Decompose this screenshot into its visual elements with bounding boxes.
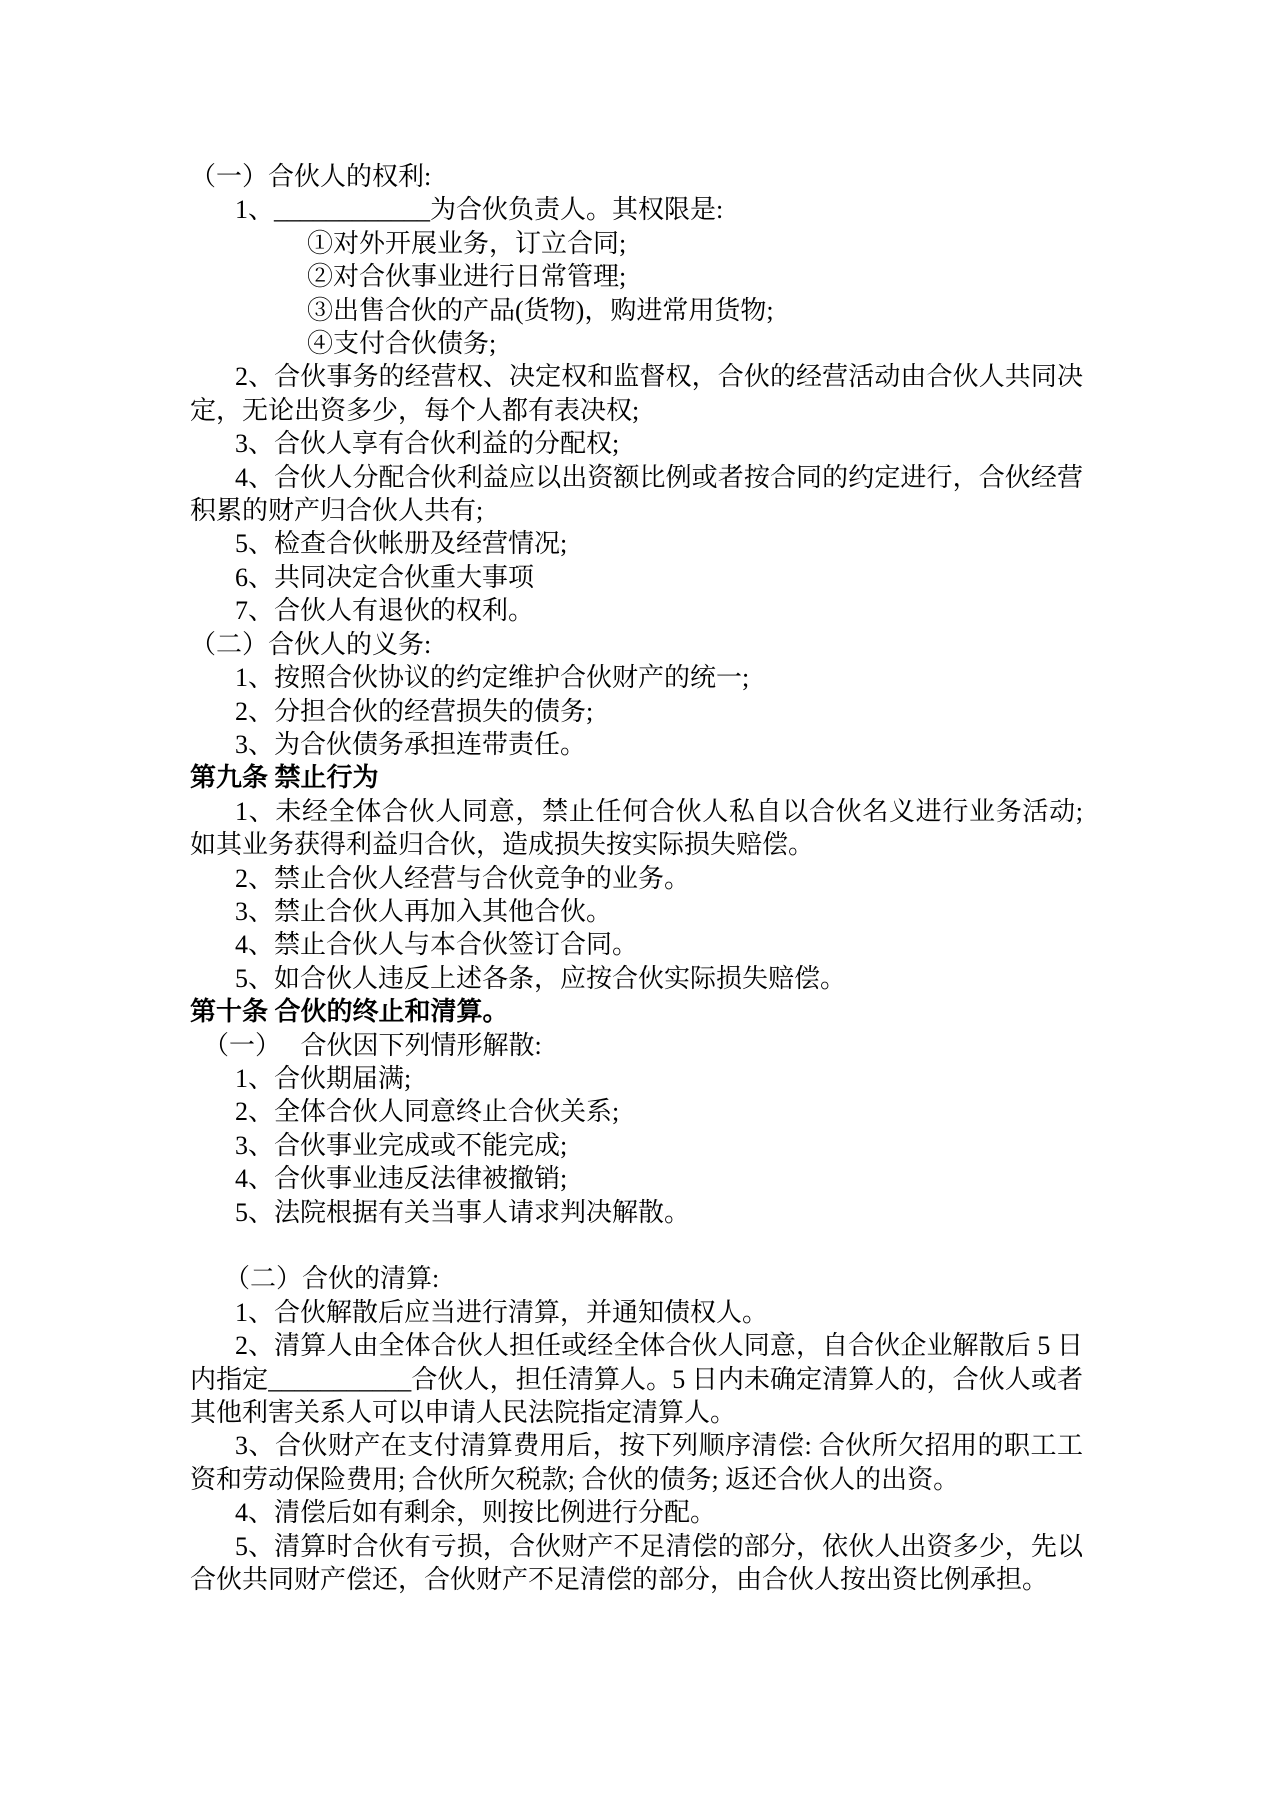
numbered-item: 5、法院根据有关当事人请求判决解散。 bbox=[190, 1196, 1083, 1229]
document-content: （一）合伙人的权利:1、____________为合伙负责人。其权限是:①对外开… bbox=[190, 160, 1083, 1596]
sub-section-heading-2: （二）合伙的清算: bbox=[190, 1262, 1083, 1295]
numbered-item: 4、合伙人分配合伙利益应以出资额比例或者按合同的约定进行，合伙经营积累的财产归合… bbox=[190, 461, 1083, 528]
circled-item: ③出售合伙的产品(货物)，购进常用货物; bbox=[190, 294, 1083, 327]
numbered-item: 6、共同决定合伙重大事项 bbox=[190, 561, 1083, 594]
numbered-item: 3、禁止合伙人再加入其他合伙。 bbox=[190, 895, 1083, 928]
circled-item: ②对合伙事业进行日常管理; bbox=[190, 260, 1083, 293]
numbered-item: 3、合伙事业完成或不能完成; bbox=[190, 1129, 1083, 1162]
numbered-item: 5、清算时合伙有亏损，合伙财产不足清偿的部分，依伙人出资多少，先以合伙共同财产偿… bbox=[190, 1530, 1083, 1597]
numbered-item: 2、清算人由全体合伙人担任或经全体合伙人同意，自合伙企业解散后 5 日内指定__… bbox=[190, 1329, 1083, 1429]
numbered-item: 1、____________为合伙负责人。其权限是: bbox=[190, 193, 1083, 226]
numbered-item: 4、禁止合伙人与本合伙签订合同。 bbox=[190, 928, 1083, 961]
numbered-item: 2、分担合伙的经营损失的债务; bbox=[190, 695, 1083, 728]
numbered-item: 3、合伙人享有合伙利益的分配权; bbox=[190, 427, 1083, 460]
numbered-item: 4、合伙事业违反法律被撤销; bbox=[190, 1162, 1083, 1195]
numbered-item: 5、检查合伙帐册及经营情况; bbox=[190, 527, 1083, 560]
circled-item: ④支付合伙债务; bbox=[190, 327, 1083, 360]
numbered-item: 3、为合伙债务承担连带责任。 bbox=[190, 728, 1083, 761]
numbered-item: 5、如合伙人违反上述各条，应按合伙实际损失赔偿。 bbox=[190, 962, 1083, 995]
numbered-item: 2、禁止合伙人经营与合伙竞争的业务。 bbox=[190, 862, 1083, 895]
sub-section-heading: （一） 合伙因下列情形解散: bbox=[190, 1029, 1083, 1062]
numbered-item: 1、按照合伙协议的约定维护合伙财产的统一; bbox=[190, 661, 1083, 694]
numbered-item: 2、合伙事务的经营权、决定权和监督权，合伙的经营活动由合伙人共同决定，无论出资多… bbox=[190, 360, 1083, 427]
section-heading: （二）合伙人的义务: bbox=[190, 628, 1083, 661]
numbered-item: 4、清偿后如有剩余，则按比例进行分配。 bbox=[190, 1496, 1083, 1529]
circled-item: ①对外开展业务，订立合同; bbox=[190, 227, 1083, 260]
numbered-item: 1、合伙解散后应当进行清算，并通知债权人。 bbox=[190, 1296, 1083, 1329]
article-heading: 第十条 合伙的终止和清算。 bbox=[190, 995, 1083, 1028]
numbered-item: 7、合伙人有退伙的权利。 bbox=[190, 594, 1083, 627]
numbered-item: 1、合伙期届满; bbox=[190, 1062, 1083, 1095]
numbered-item: 3、合伙财产在支付清算费用后，按下列顺序清偿: 合伙所欠招用的职工工资和劳动保险… bbox=[190, 1429, 1083, 1496]
article-heading: 第九条 禁止行为 bbox=[190, 761, 1083, 794]
blank-line bbox=[190, 1229, 1083, 1262]
section-heading: （一）合伙人的权利: bbox=[190, 160, 1083, 193]
document-page: （一）合伙人的权利:1、____________为合伙负责人。其权限是:①对外开… bbox=[0, 0, 1280, 1811]
numbered-item: 2、全体合伙人同意终止合伙关系; bbox=[190, 1095, 1083, 1128]
numbered-item: 1、未经全体合伙人同意，禁止任何合伙人私自以合伙名义进行业务活动;如其业务获得利… bbox=[190, 795, 1083, 862]
